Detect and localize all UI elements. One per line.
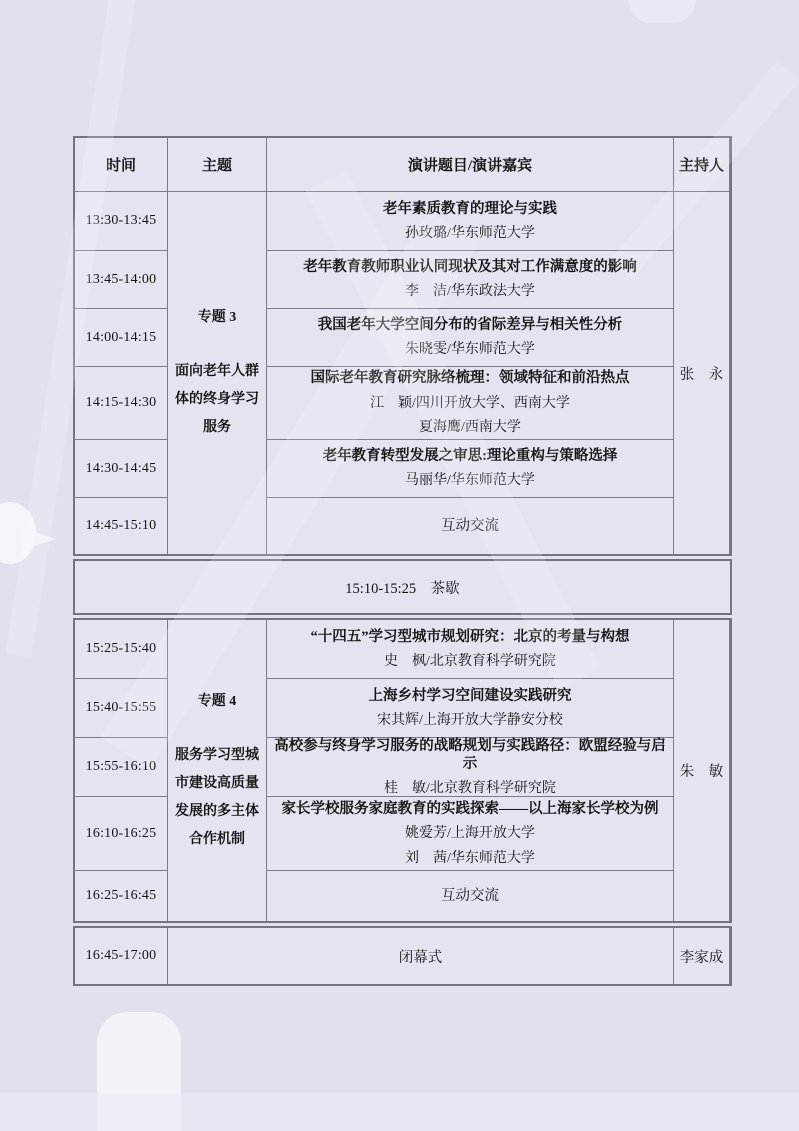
host3-cell: 张 永: [674, 192, 729, 554]
discussion-label: 互动交流: [441, 517, 499, 535]
col-header-time: 时间: [75, 138, 167, 191]
top-pill-decoration: [628, 0, 696, 23]
closing-time-cell: 16:45-17:00: [75, 928, 167, 984]
host4-cell: 朱 敏: [674, 620, 729, 921]
discussion-label: 互动交流: [441, 887, 499, 905]
talk-cell: 国际老年教育研究脉络梳理：领域特征和前沿热点 江 颖/四川开放大学、西南大学 夏…: [267, 367, 673, 439]
talk-speaker: 夏海鹰/西南大学: [419, 419, 521, 437]
section-topic3: 时间 主题 演讲题目/演讲嘉宾 主持人 13:30-13:45 13:45-14…: [73, 136, 732, 556]
talk-speaker: 孙玫璐/华东师范大学: [405, 225, 535, 243]
time-cell: 15:25-15:40: [75, 620, 167, 678]
discussion-cell: 互动交流: [267, 498, 673, 554]
bottom-band-decoration: [0, 1093, 799, 1131]
topic3-desc: 面向老年人群体的终身学习服务: [171, 358, 263, 442]
left-blob-decoration: [0, 502, 36, 564]
talk-cell: “十四五”学习型城市规划研究：北京的考量与构想 史 枫/北京教育科学研究院: [267, 620, 673, 678]
talk-title: 上海乡村学习空间建设实践研究: [369, 687, 572, 705]
time-cell: 14:45-15:10: [75, 498, 167, 554]
col-header-topic: 主题: [168, 138, 266, 191]
talk-speaker: 江 颖/四川开放大学、西南大学: [370, 395, 570, 413]
time-cell: 14:15-14:30: [75, 367, 167, 439]
closing-title-cell: 闭幕式: [168, 928, 673, 984]
time-cell: 13:45-14:00: [75, 251, 167, 308]
time-cell: 14:00-14:15: [75, 309, 167, 366]
time-cell: 16:25-16:45: [75, 871, 167, 921]
talk-title: 老年教育转型发展之审思:理论重构与策略选择: [323, 447, 618, 465]
section-topic4: 15:25-15:40 15:40-15:55 15:55-16:10 16:1…: [73, 618, 732, 923]
time-cell: 15:40-15:55: [75, 679, 167, 737]
talk-speaker: 刘 茜/华东师范大学: [405, 850, 535, 868]
time-cell: 14:30-14:45: [75, 440, 167, 497]
talk-cell: 家长学校服务家庭教育的实践探索——以上海家长学校为例 姚爱芳/上海开放大学 刘 …: [267, 797, 673, 870]
talk-cell: 上海乡村学习空间建设实践研究 宋其辉/上海开放大学静安分校: [267, 679, 673, 737]
section-tea-break: 15:10-15:25 茶歇: [73, 559, 732, 615]
talk-speaker: 朱晓雯/华东师范大学: [405, 341, 535, 359]
talk-speaker: 史 枫/北京教育科学研究院: [384, 653, 556, 671]
time-cell: 13:30-13:45: [75, 192, 167, 250]
talk-cell: 老年教育教师职业认同现状及其对工作满意度的影响 李 洁/华东政法大学: [267, 251, 673, 308]
talk-speaker: 宋其辉/上海开放大学静安分校: [377, 712, 563, 730]
section-closing: 16:45-17:00 闭幕式 李家成: [73, 926, 732, 986]
talk-title: 老年教育教师职业认同现状及其对工作满意度的影响: [303, 258, 637, 276]
topic4-desc: 服务学习型城市建设高质量发展的多主体合作机制: [171, 742, 263, 854]
agenda-table: 时间 主题 演讲题目/演讲嘉宾 主持人 13:30-13:45 13:45-14…: [73, 136, 732, 986]
left-arrow-decoration: [22, 528, 56, 550]
col-header-host: 主持人: [674, 138, 729, 191]
talk-speaker: 姚爱芳/上海开放大学: [405, 825, 535, 843]
talk-title: “十四五”学习型城市规划研究：北京的考量与构想: [311, 628, 630, 646]
talk-cell: 老年素质教育的理论与实践 孙玫璐/华东师范大学: [267, 192, 673, 250]
talk-title: 高校参与终身学习服务的战略规划与实践路径：欧盟经验与启示: [270, 737, 670, 773]
talk-cell: 我国老年大学空间分布的省际差异与相关性分析 朱晓雯/华东师范大学: [267, 309, 673, 366]
talk-speaker: 马丽华/华东师范大学: [405, 472, 535, 490]
discussion-cell: 互动交流: [267, 871, 673, 921]
tea-break-cell: 15:10-15:25 茶歇: [75, 561, 730, 613]
topic3-label: 专题 3: [198, 304, 237, 332]
topic4-cell: 专题 4 服务学习型城市建设高质量发展的多主体合作机制: [168, 620, 266, 921]
closing-host-cell: 李家成: [674, 928, 729, 984]
talk-title: 老年素质教育的理论与实践: [383, 200, 557, 218]
topic3-cell: 专题 3 面向老年人群体的终身学习服务: [168, 192, 266, 554]
time-cell: 15:55-16:10: [75, 738, 167, 796]
talk-title: 国际老年教育研究脉络梳理：领域特征和前沿热点: [311, 369, 630, 387]
talk-cell: 老年教育转型发展之审思:理论重构与策略选择 马丽华/华东师范大学: [267, 440, 673, 497]
topic4-label: 专题 4: [198, 688, 237, 716]
talk-speaker: 李 洁/华东政法大学: [405, 283, 535, 301]
talk-title: 家长学校服务家庭教育的实践探索——以上海家长学校为例: [282, 800, 659, 818]
col-header-talks: 演讲题目/演讲嘉宾: [267, 138, 673, 191]
talk-speaker: 桂 敏/北京教育科学研究院: [384, 780, 556, 798]
talk-cell: 高校参与终身学习服务的战略规划与实践路径：欧盟经验与启示 桂 敏/北京教育科学研…: [267, 738, 673, 796]
time-cell: 16:10-16:25: [75, 797, 167, 870]
talk-title: 我国老年大学空间分布的省际差异与相关性分析: [318, 316, 623, 334]
bottom-strip-decoration: [97, 1012, 181, 1131]
